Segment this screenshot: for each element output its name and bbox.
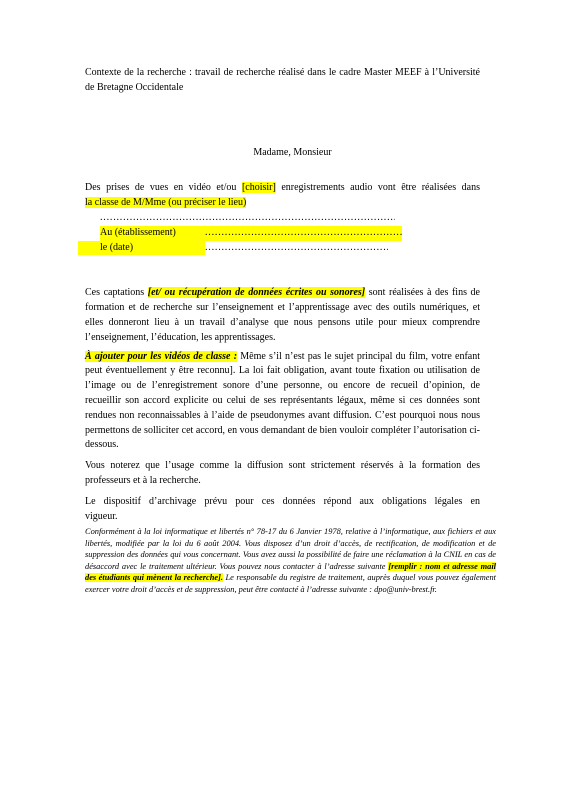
dotted-blank-establishment: ........................................…	[205, 226, 402, 241]
fill-in-line-establishment: Au (établissement) .....................…	[100, 226, 402, 241]
date-label: le (date)	[100, 241, 205, 256]
dotted-blank-location: ........................................…	[100, 211, 395, 226]
establishment-label: Au (établissement)	[100, 226, 205, 241]
usage-paragraph: Vous noterez que l’usage comme la diffus…	[85, 459, 480, 489]
legal-fineprint-paragraph: Conformément à la loi informatique et li…	[85, 526, 496, 595]
fill-in-line-location: ........................................…	[100, 211, 480, 226]
archive-paragraph: Le dispositif d’archivage prévu pour ces…	[85, 495, 480, 525]
salutation: Madame, Monsieur	[85, 146, 480, 161]
letter-page: Contexte de la recherche : travail de re…	[0, 0, 565, 800]
fill-in-block: ........................................…	[85, 211, 480, 255]
intro-paragraph: Des prises de vues en vidéo et/ou [chois…	[85, 181, 480, 211]
context-paragraph: Contexte de la recherche : travail de re…	[85, 66, 480, 96]
dotted-blank-date: ........................................…	[205, 241, 388, 256]
captations-paragraph: Ces captations [et/ ou récupération de d…	[85, 286, 480, 345]
fill-in-line-date: le (date) ..............................…	[100, 241, 480, 256]
videos-note-paragraph: À ajouter pour les vidéos de classe : Mê…	[85, 350, 480, 454]
